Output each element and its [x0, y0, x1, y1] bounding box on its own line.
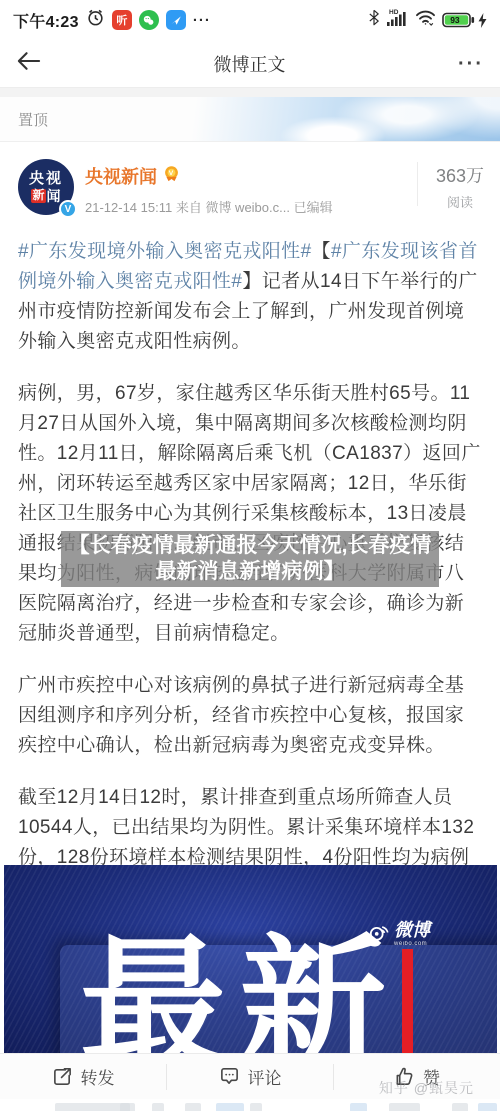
comment-button[interactable]: 评论 [167, 1054, 333, 1099]
statusbar-more-icon: ··· [193, 12, 211, 29]
weibo-logo-text: 微博 [394, 921, 430, 939]
sky-banner-image [190, 97, 500, 141]
section-divider [0, 88, 500, 97]
charging-bolt-icon [478, 13, 487, 28]
read-count-label: 阅读 [436, 192, 484, 211]
read-count-block: 363万 阅读 [417, 162, 484, 206]
verified-badge-icon: V [59, 200, 77, 218]
battery-percent-label: 93 [450, 15, 460, 25]
image-headline: 最新 [80, 933, 400, 1053]
listen-app-icon: 听 [112, 10, 132, 30]
vip-member-badge-icon: V [163, 165, 180, 187]
post-meta: 21-12-14 15:11 来自 微博 weibo.c... 已编辑 [85, 197, 333, 216]
more-options-icon[interactable]: ··· [458, 59, 484, 69]
comment-icon [219, 1066, 240, 1087]
hashtag-link[interactable]: #广东发现境外输入奥密克戎阳性# [18, 241, 312, 262]
paragraph-3: 广州市疾控中心对该病例的鼻拭子进行新冠病毒全基因组测序和序列分析，经省市疾控中心… [18, 671, 482, 761]
image-red-bar [402, 949, 413, 1053]
page-title: 微博正文 [214, 51, 286, 77]
hd-label: HD [389, 9, 399, 16]
bluetooth-icon [368, 9, 380, 31]
clock-time: 下午4:23 [13, 9, 79, 32]
pinned-bar: 置顶 [0, 97, 500, 142]
repost-button[interactable]: 转发 [0, 1054, 166, 1099]
back-icon[interactable] [16, 50, 41, 77]
zhihu-watermark: 知乎 @甄昊元 [379, 1078, 474, 1098]
weibo-logo: 微博 weibo.com [368, 921, 430, 947]
status-bar: 下午4:23 听 ··· HD [0, 0, 500, 40]
repost-icon [52, 1066, 73, 1087]
avatar[interactable]: 央视 新闻 V [18, 159, 74, 215]
read-count: 363万 [436, 162, 484, 188]
post-image[interactable]: 最新 微博 weibo.com [4, 865, 497, 1053]
overlay-caption: 【长春疫情最新通报今天情况,长春疫情最新消息新增病例】 [61, 531, 439, 587]
alarm-icon [86, 8, 105, 32]
paragraph-1: #广东发现境外输入奥密克戎阳性#【#广东发现该省首例境外输入奥密克戎阳性#】记者… [18, 237, 482, 357]
nav-bar: 微博正文 ··· [0, 40, 500, 88]
wifi-icon [415, 9, 436, 31]
cutoff-content-strip [0, 1099, 500, 1111]
author-name[interactable]: 央视新闻 [85, 163, 157, 189]
repost-label: 转发 [81, 1064, 115, 1089]
pinned-label: 置顶 [18, 109, 48, 130]
weibo-logo-domain: weibo.com [394, 941, 430, 947]
wechat-app-icon [139, 10, 159, 30]
weibo-eye-icon [368, 921, 390, 943]
signal-strength-icon: HD [386, 8, 409, 32]
send-app-icon [166, 10, 186, 30]
paragraph-2: 病例，男，67岁，家住越秀区华乐街天胜村65号。11月27日从国外入境，集中隔离… [18, 379, 482, 649]
svg-text:V: V [169, 170, 174, 177]
battery-icon: 93 [442, 12, 487, 28]
comment-label: 评论 [248, 1064, 282, 1089]
weibo-post-screen: 下午4:23 听 ··· HD [0, 0, 500, 1111]
post-header: 央视 新闻 V 央视新闻 V 21-12-14 15:11 来自 微博 weib… [0, 142, 500, 216]
